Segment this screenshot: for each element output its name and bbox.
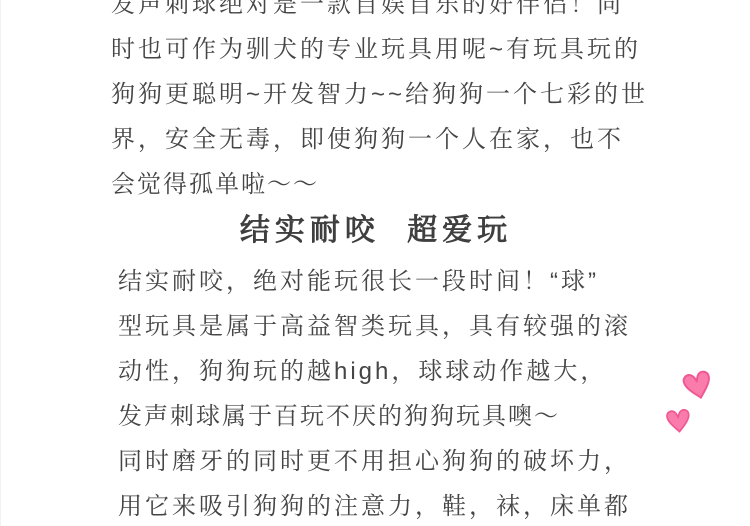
body-line-2: 型玩具是属于高益智类玩具，具有较强的滚 bbox=[118, 314, 631, 340]
body-line-6: 用它来吸引狗狗的注意力，鞋，袜，床单都 bbox=[118, 494, 631, 520]
body-line-4: 发声刺球属于百玩不厌的狗狗玩具噢～ bbox=[118, 404, 560, 430]
product-description-page: 发声刺球绝对是一款自娱自乐的好伴侣！同 时也可作为驯犬的专业玩具用呢~有玩具玩的… bbox=[0, 0, 750, 526]
body-line-3: 动性，狗狗玩的越high，球球动作越大， bbox=[118, 359, 607, 385]
heart-shape bbox=[667, 409, 691, 432]
intro-line-2: 时也可作为驯犬的专业玩具用呢~有玩具玩的 bbox=[111, 37, 641, 63]
heart-icon bbox=[663, 406, 695, 438]
intro-line-5: 会觉得孤单啦～～ bbox=[111, 172, 319, 198]
intro-line-4: 界，安全无毒，即使狗狗一个人在家，也不 bbox=[111, 127, 624, 153]
intro-line-1: 发声刺球绝对是一款自娱自乐的好伴侣！同 bbox=[111, 0, 624, 18]
intro-line-3: 狗狗更聪明~开发智力~~给狗狗一个七彩的世 bbox=[111, 82, 648, 108]
body-line-5: 同时磨牙的同时更不用担心狗狗的破坏力， bbox=[118, 449, 631, 475]
body-line-1: 结实耐咬，绝对能玩很长一段时间！“球” bbox=[118, 269, 599, 295]
heart-icon bbox=[677, 365, 718, 406]
section-heading: 结实耐咬 超爱玩 bbox=[1, 214, 750, 248]
heart-shape bbox=[683, 370, 714, 400]
